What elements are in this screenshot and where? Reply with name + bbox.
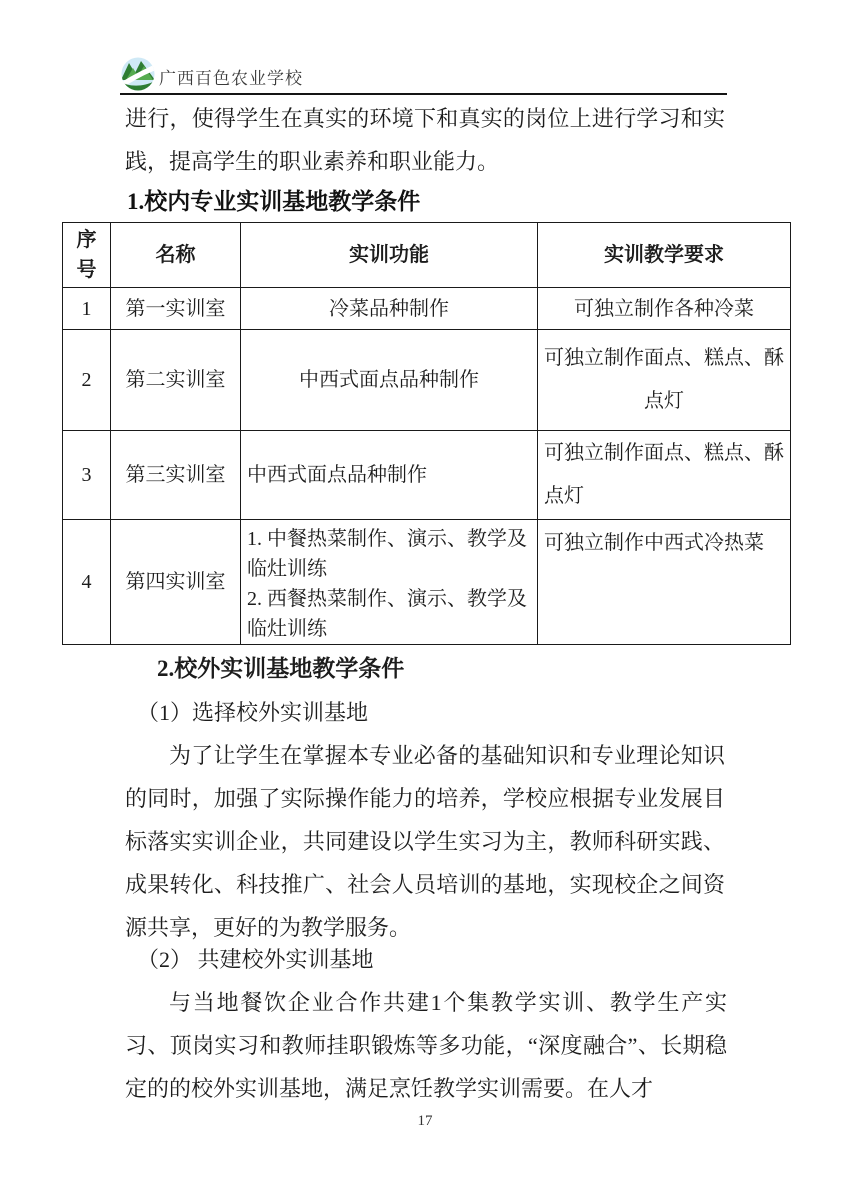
training-base-table: 序号 名称 实训功能 实训教学要求 1 第一实训室 冷菜品种制作 可独立制作各种… bbox=[62, 222, 791, 645]
column-header-no: 序号 bbox=[63, 223, 111, 288]
table-header-row: 序号 名称 实训功能 实训教学要求 bbox=[63, 223, 791, 288]
cell-name: 第二实训室 bbox=[111, 330, 241, 431]
cell-no: 2 bbox=[63, 330, 111, 431]
cell-req: 可独立制作中西式冷热菜 bbox=[538, 520, 791, 645]
cell-req: 可独立制作面点、糕点、酥 点灯 bbox=[538, 330, 791, 431]
cell-no: 3 bbox=[63, 431, 111, 520]
section2-sub1-paragraph: 为了让学生在掌握本专业必备的基础知识和专业理论知识的同时，加强了实际操作能力的培… bbox=[125, 734, 725, 949]
school-logo-icon bbox=[120, 56, 156, 92]
cell-name: 第三实训室 bbox=[111, 431, 241, 520]
document-page: 广西百色农业学校 进行，使得学生在真实的环境下和真实的岗位上进行学习和实践，提高… bbox=[0, 0, 850, 1202]
table-row: 1 第一实训室 冷菜品种制作 可独立制作各种冷菜 bbox=[63, 288, 791, 330]
column-header-req: 实训教学要求 bbox=[538, 223, 791, 288]
cell-func: 冷菜品种制作 bbox=[241, 288, 538, 330]
section1-title: 1.校内专业实训基地教学条件 bbox=[127, 182, 747, 222]
cell-func: 中西式面点品种制作 bbox=[241, 431, 538, 520]
page-number: 17 bbox=[0, 1113, 850, 1130]
cell-no: 1 bbox=[63, 288, 111, 330]
section2-sub2-title: （2） 共建校外实训基地 bbox=[125, 938, 725, 981]
table-row: 4 第四实训室 1. 中餐热菜制作、演示、教学及 临灶训练 2. 西餐热菜制作、… bbox=[63, 520, 791, 645]
table-row: 3 第三实训室 中西式面点品种制作 可独立制作面点、糕点、酥 点灯 bbox=[63, 431, 791, 520]
school-name: 广西百色农业学校 bbox=[159, 64, 303, 89]
cell-func: 1. 中餐热菜制作、演示、教学及 临灶训练 2. 西餐热菜制作、演示、教学及 临… bbox=[241, 520, 538, 645]
cell-name: 第四实训室 bbox=[111, 520, 241, 645]
header-rule bbox=[120, 93, 727, 95]
intro-paragraph: 进行，使得学生在真实的环境下和真实的岗位上进行学习和实践，提高学生的职业素养和职… bbox=[125, 97, 725, 183]
section2-sub2-paragraph: 与当地餐饮企业合作共建1个集教学实训、教学生产实习、顶岗实习和教师挂职锻炼等多功… bbox=[125, 981, 727, 1110]
cell-no: 4 bbox=[63, 520, 111, 645]
column-header-name: 名称 bbox=[111, 223, 241, 288]
cell-req: 可独立制作各种冷菜 bbox=[538, 288, 791, 330]
cell-func: 中西式面点品种制作 bbox=[241, 330, 538, 431]
cell-name: 第一实训室 bbox=[111, 288, 241, 330]
table-row: 2 第二实训室 中西式面点品种制作 可独立制作面点、糕点、酥 点灯 bbox=[63, 330, 791, 431]
cell-req: 可独立制作面点、糕点、酥 点灯 bbox=[538, 431, 791, 520]
section2-title: 2.校外实训基地教学条件 bbox=[125, 647, 725, 690]
column-header-func: 实训功能 bbox=[241, 223, 538, 288]
section2-sub1-title: （1）选择校外实训基地 bbox=[125, 691, 725, 734]
